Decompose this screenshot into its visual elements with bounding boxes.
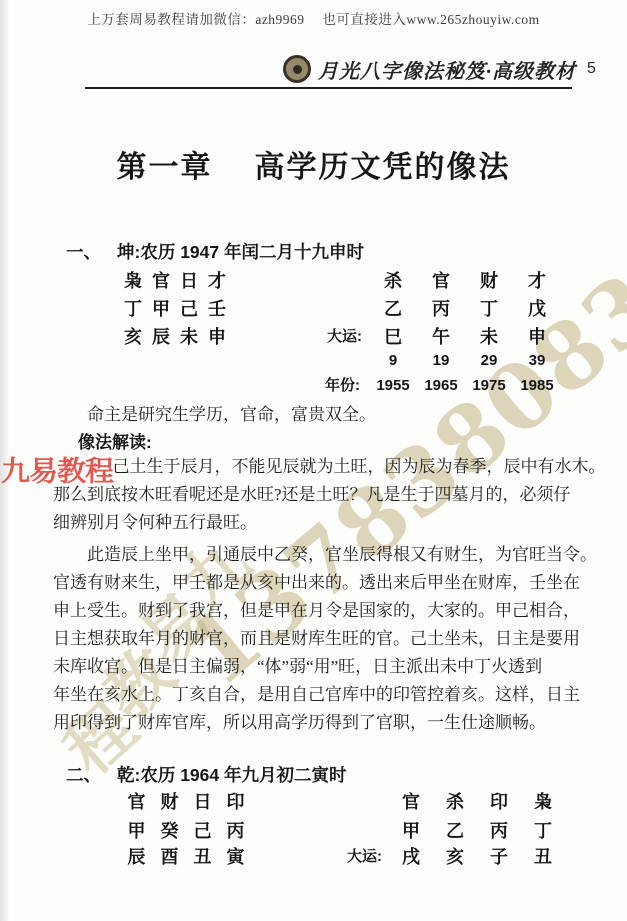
row-ten-gods: 官 财 日 印 官 杀 印 枭	[53, 790, 575, 814]
pillar-char: 甲	[120, 819, 153, 843]
pillar-char: 酉	[153, 845, 186, 869]
page-number: 5	[583, 60, 596, 78]
analysis-paragraph-2: 此造辰上坐甲，引通辰中乙癸，官坐辰得根又有财生，为官旺当令。 官透有财来生，甲壬…	[53, 541, 577, 737]
pillar-char: 戌	[389, 845, 433, 869]
pillar-char: 丁	[465, 297, 513, 321]
pillar-char: 己	[175, 297, 203, 321]
age-value: 29	[465, 349, 513, 373]
pillar-char: 巳	[369, 325, 417, 349]
chapter-number: 第一章	[117, 142, 213, 186]
body-line: 己土生于辰月，不能见辰就为土旺，因为辰为春季，辰中有水木。	[53, 453, 577, 481]
row-branches: 辰 酉 丑 寅 大运: 戌 亥 子 丑	[53, 845, 575, 869]
body-line: 申上受生。财到了我宫，但是甲在月令是国家的，大家的。甲己相合，	[53, 597, 577, 625]
pillar-char: 寅	[219, 845, 252, 869]
section-title: 坤:农历 1947 年闰二月十九申时	[117, 239, 364, 264]
year-value: 1965	[417, 374, 465, 398]
pillar-char: 子	[477, 845, 521, 869]
pillar-char: 官	[147, 269, 175, 293]
pillar-char: 官	[120, 790, 153, 814]
pillar-char: 杀	[369, 269, 417, 293]
pillar-char: 丙	[417, 297, 465, 321]
dayun-label: 大运:	[347, 845, 382, 869]
pillar-char: 财	[153, 790, 186, 814]
pillar-char: 未	[465, 325, 513, 349]
pillar-char: 申	[513, 325, 561, 349]
pillar-char: 辰	[147, 325, 175, 349]
year-value: 1975	[465, 374, 513, 398]
pillar-char: 枭	[521, 790, 565, 814]
pillar-char: 丙	[219, 819, 252, 843]
pillar-char: 乙	[369, 297, 417, 321]
header-rule	[85, 87, 572, 89]
row-stems: 甲 癸 己 丙 甲 乙 丙 丁	[53, 819, 575, 843]
pillar-char: 丙	[477, 819, 521, 843]
promo-note: 上万套周易教程请加微信：azh9969 也可直接进入www.265zhouyiw…	[0, 8, 627, 28]
section2-heading: 二、 乾:农历 1964 年九月初二寅时	[66, 762, 346, 787]
pillar-char: 甲	[389, 819, 433, 843]
pillar-char: 丁	[521, 819, 565, 843]
pillar-char: 才	[203, 269, 231, 293]
brand-bar: 月光八字像法秘笈·高级教材 5	[283, 52, 596, 86]
analysis-paragraph-1: 己土生于辰月，不能见辰就为土旺，因为辰为春季，辰中有水木。 那么到底按木旺看呢还…	[53, 453, 577, 537]
chapter-title: 高学历文凭的像法	[255, 142, 511, 186]
pillar-char: 官	[417, 269, 465, 293]
chapter-heading: 第一章 高学历文凭的像法	[0, 142, 627, 186]
section-index: 一、	[66, 239, 101, 264]
pillar-char: 己	[186, 819, 219, 843]
pillar-char: 辰	[120, 845, 153, 869]
seal-logo-core	[293, 65, 302, 74]
row-branches: 亥 辰 未 申 大运: 巳 午 未 申	[53, 325, 575, 349]
body-line: 用印得到了财库官库，所以用高学历得到了官职，一生仕途顺畅。	[53, 709, 577, 737]
pillar-char: 印	[219, 790, 252, 814]
dayun-label: 大运:	[327, 325, 362, 349]
section1-heading: 一、 坤:农历 1947 年闰二月十九申时	[66, 239, 364, 264]
body-line: 未库收官。但是日主偏弱，“体”弱“用”旺，日主派出未中丁火透到	[53, 653, 577, 681]
section-title: 乾:农历 1964 年九月初二寅时	[117, 762, 346, 787]
pillar-char: 枭	[119, 269, 147, 293]
pillar-char: 未	[175, 325, 203, 349]
pillar-char: 亥	[433, 845, 477, 869]
bazi-chart-1: 枭 官 日 才 杀 官 财 才 丁 甲 己 壬 乙 丙 丁	[53, 262, 575, 402]
year-value: 1985	[513, 374, 561, 398]
section-index: 二、	[66, 762, 101, 787]
pillar-char: 乙	[433, 819, 477, 843]
pillar-char: 癸	[153, 819, 186, 843]
analysis-label: 像法解读:	[78, 428, 152, 453]
row-years: 年份: 1955 1965 1975 1985	[53, 374, 575, 398]
pillar-char: 杀	[433, 790, 477, 814]
pillar-char: 丑	[521, 845, 565, 869]
age-value: 39	[513, 349, 561, 373]
body-line: 日主想获取年月的财官，而且是财库生旺的官。己土坐未，日主是要用	[53, 625, 577, 653]
pillar-char: 丑	[186, 845, 219, 869]
pillar-char: 日	[186, 790, 219, 814]
age-value: 9	[369, 349, 417, 373]
page-edge-shadow	[0, 0, 10, 921]
body-line: 此造辰上坐甲，引通辰中乙癸，官坐辰得根又有财生，为官旺当令。	[53, 541, 577, 569]
pillar-char: 财	[465, 269, 513, 293]
age-value: 19	[417, 349, 465, 373]
pillar-char: 甲	[147, 297, 175, 321]
pillar-char: 印	[477, 790, 521, 814]
pillar-char: 日	[175, 269, 203, 293]
body-line: 官透有财来生，甲壬都是从亥中出来的。透出来后甲坐在财库，壬坐在	[53, 569, 577, 597]
pillar-char: 亥	[119, 325, 147, 349]
pillar-char: 官	[389, 790, 433, 814]
row-ages: 9 19 29 39	[53, 349, 575, 373]
pillar-char: 午	[417, 325, 465, 349]
scanned-book-page: 13783808351 九 易 教 程 九易教程 上万套周易教程请加微信：azh…	[0, 0, 627, 921]
pillar-char: 才	[513, 269, 561, 293]
body-line: 那么到底按木旺看呢还是水旺?还是土旺？凡是生于四墓月的，必须仔	[53, 481, 577, 509]
seal-logo-icon	[283, 55, 311, 83]
row-ten-gods: 枭 官 日 才 杀 官 财 才	[53, 269, 575, 293]
pillar-char: 壬	[203, 297, 231, 321]
book-title: 月光八字像法秘笈·高级教材	[318, 55, 576, 84]
bazi-chart-2: 官 财 日 印 官 杀 印 枭 甲 癸 己 丙 甲 乙 丙	[53, 786, 575, 876]
pillar-char: 申	[203, 325, 231, 349]
body-line: 年坐在亥水上。丁亥自合，是用自己官库中的印管控着亥。这样，日主	[53, 681, 577, 709]
pillar-char: 丁	[119, 297, 147, 321]
case-summary: 命主是研究生学历，官命，富贵双全。	[53, 400, 577, 425]
years-label: 年份:	[325, 374, 360, 398]
body-line: 细辨别月令何种五行最旺。	[53, 509, 577, 537]
year-value: 1955	[369, 374, 417, 398]
pillar-char: 戊	[513, 297, 561, 321]
row-stems: 丁 甲 己 壬 乙 丙 丁 戊	[53, 297, 575, 321]
